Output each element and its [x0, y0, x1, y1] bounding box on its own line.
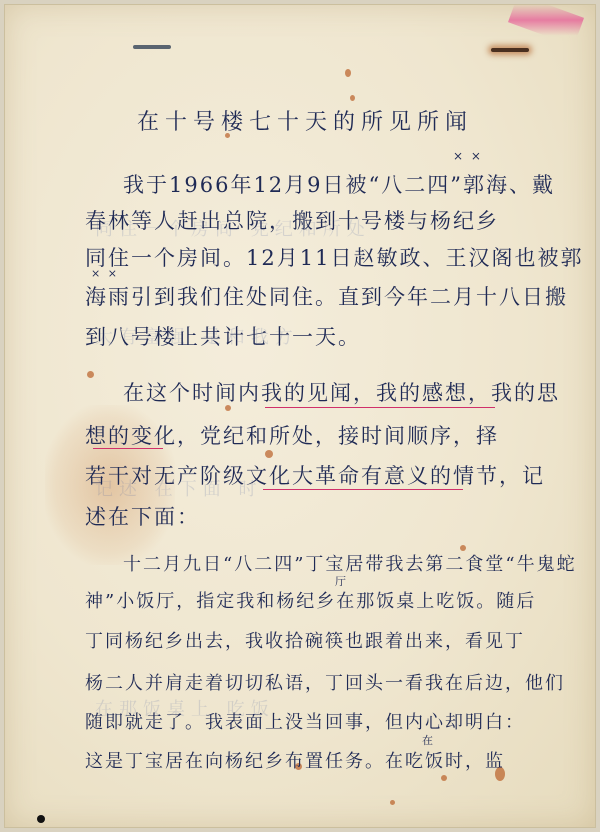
- text-line: 神”小饭厅，指定我和杨纪乡在那饭桌上吃饭。随后: [85, 587, 536, 613]
- crossed-out-mark: × ×: [453, 149, 483, 163]
- rust-spot: [265, 450, 273, 458]
- text-line: 同住一个房间。12月11日赵敏政、王汉阁也被郭: [85, 242, 583, 272]
- page-title: 在十号楼七十天的所见所闻: [137, 105, 473, 136]
- text-line: 述在下面：: [85, 501, 200, 531]
- rust-spot: [441, 775, 447, 781]
- manuscript-page: 同住一个房间 党纪和所处 大有富强 是和我方 记述 在下面 时 在那饭桌上 吃饭…: [4, 4, 596, 828]
- text-line: 海雨引到我们住处同住。直到今年二月十八日搬: [85, 281, 568, 311]
- text-line: 到八号楼止共计七十一天。: [85, 321, 361, 351]
- text-line: 我于1966年12月9日被“八二四”郭海、戴: [123, 169, 555, 199]
- red-underline: [93, 448, 163, 449]
- red-underline: [263, 489, 463, 490]
- rust-spot: [390, 800, 395, 805]
- rust-spot: [87, 371, 94, 378]
- insertion-mark: 在: [422, 732, 435, 748]
- text-line: 若干对无产阶级文化大革命有意义的情节，记: [85, 460, 545, 490]
- rusty-staple-right: [491, 48, 529, 52]
- text-line: 十二月九日“八二四”丁宝居带我去第二食堂“牛鬼蛇: [123, 550, 577, 576]
- rust-spot: [345, 69, 351, 77]
- text-line: 丁同杨纪乡出去，我收拾碗筷也跟着出来，看见丁: [85, 627, 525, 653]
- insertion-mark: 厅: [335, 573, 348, 589]
- pink-ink-mark: [508, 0, 584, 46]
- text-line: 这是丁宝居在向杨纪乡布置任务。在吃饭时，监: [85, 747, 505, 773]
- text-line: 在这个时间内我的见闻，我的感想，我的思: [123, 377, 560, 407]
- staple-left: [133, 45, 171, 49]
- text-line: 想的变化，党纪和所处，接时间顺序，择: [85, 420, 499, 450]
- ink-blot: [37, 815, 45, 823]
- crossed-out-mark: × ×: [91, 267, 119, 280]
- rust-spot: [350, 95, 355, 101]
- text-line: 春林等人赶出总院，搬到十号楼与杨纪乡: [85, 205, 499, 235]
- text-line: 随即就走了。我表面上没当回事，但内心却明白：: [85, 708, 525, 734]
- text-line: 杨二人并肩走着切切私语，丁回头一看我在后边，他们: [85, 669, 565, 695]
- red-underline: [265, 407, 495, 408]
